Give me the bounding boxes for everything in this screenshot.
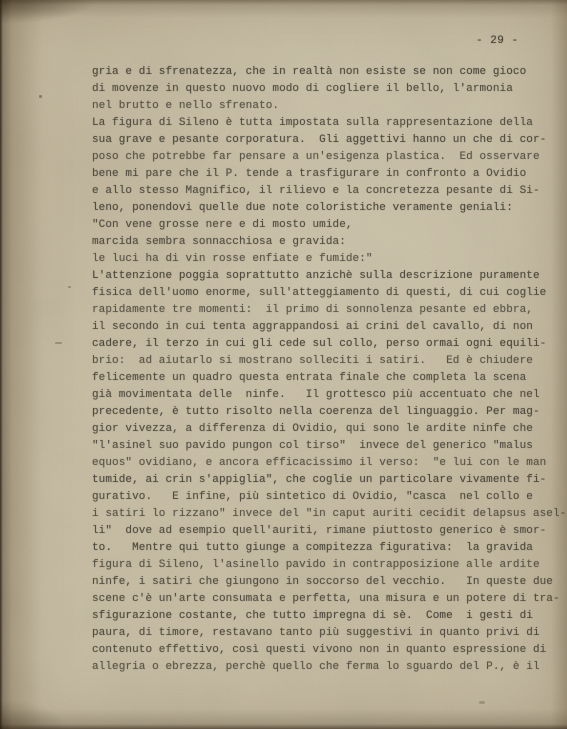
- typewritten-line: figura di Sileno, l'asinello pavido in c…: [92, 557, 567, 574]
- typewritten-line: precedente, è tutto risolto nella coeren…: [92, 404, 567, 421]
- typewritten-line: equos" ovidiano, e ancora efficacissimo …: [92, 455, 567, 472]
- typewritten-line: leno, ponendovi quelle due note colorist…: [92, 200, 567, 217]
- typewritten-line: paura, di timore, restavano tanto più su…: [92, 625, 567, 642]
- typewritten-line: bene mi pare che il P. tende a trasfigur…: [92, 166, 567, 183]
- typewritten-line: nel brutto e nello sfrenato.: [92, 98, 567, 115]
- typewritten-line: tumide, ai crin s'appiglia", che coglie …: [92, 472, 567, 489]
- typewritten-line: La figura di Sileno è tutta impostata su…: [92, 115, 567, 132]
- typewritten-line: ninfe, i satiri che giungono in soccorso…: [92, 574, 567, 591]
- typewritten-line: le luci ha di vin rosse enfiate e fumide…: [92, 251, 567, 268]
- paper-speck: [55, 342, 62, 344]
- page-number: - 29 -: [476, 33, 519, 50]
- typewritten-line: sfigurazione costante, che tutto impregn…: [92, 608, 567, 625]
- typewritten-line: cadere, il terzo in cui gli cede sul col…: [92, 336, 567, 353]
- scanned-page: - 29 - gria e di sfrenatezza, che in rea…: [0, 0, 567, 729]
- typewritten-text-block: gria e di sfrenatezza, che in realtà non…: [92, 64, 567, 676]
- typewritten-line: to. Mentre qui tutto giunge a compitezza…: [92, 540, 567, 557]
- typewritten-line: poso che potrebbe far pensare a un'esige…: [92, 149, 567, 166]
- typewritten-line: il secondo in cui tenta aggrappandosi ai…: [92, 319, 567, 336]
- typewritten-line: li" dove ad esempio quell'auriti, rimane…: [92, 523, 567, 540]
- typewritten-line: marcida sembra sonnacchiosa e gravida:: [92, 234, 567, 251]
- typewritten-line: felicemente un quadro questa entrata fin…: [92, 370, 567, 387]
- typewritten-line: sua grave e pesante corporatura. Gli agg…: [92, 132, 567, 149]
- typewritten-line: i satiri lo rizzano" invece del "in capu…: [92, 506, 567, 523]
- paper-speck: [68, 286, 71, 288]
- paper-speck: [479, 701, 485, 704]
- typewritten-line: contenuto effettivo, così questi vivono …: [92, 642, 567, 659]
- typewritten-line: gior vivezza, a differenza di Ovidio, qu…: [92, 421, 567, 438]
- typewritten-line: fisica dell'uomo enorme, sull'atteggiame…: [92, 285, 567, 302]
- typewritten-line: "Con vene grosse nere e di mosto umide,: [92, 217, 567, 234]
- typewritten-line: brio: ad aiutarlo si mostrano solleciti …: [92, 353, 567, 370]
- paper-speck: [39, 95, 42, 98]
- typewritten-line: allegria o ebrezza, perchè quello che fe…: [92, 659, 567, 676]
- typewritten-line: gurativo. E infine, più sintetico di Ovi…: [92, 489, 567, 506]
- typewritten-line: e allo stesso Magnifico, il rilievo e la…: [92, 183, 567, 200]
- typewritten-line: scene c'è un'arte consumata e perfetta, …: [92, 591, 567, 608]
- typewritten-line: già movimentata delle ninfe. Il grottesc…: [92, 387, 567, 404]
- typewritten-line: "l'asinel suo pavido pungon col tirso" i…: [92, 438, 567, 455]
- typewritten-line: di movenze in questo nuovo modo di cogli…: [92, 81, 567, 98]
- typewritten-line: rapidamente tre momenti: il primo di son…: [92, 302, 567, 319]
- typewritten-line: gria e di sfrenatezza, che in realtà non…: [92, 64, 567, 81]
- typewritten-line: L'attenzione poggia soprattutto anzichè …: [92, 268, 567, 285]
